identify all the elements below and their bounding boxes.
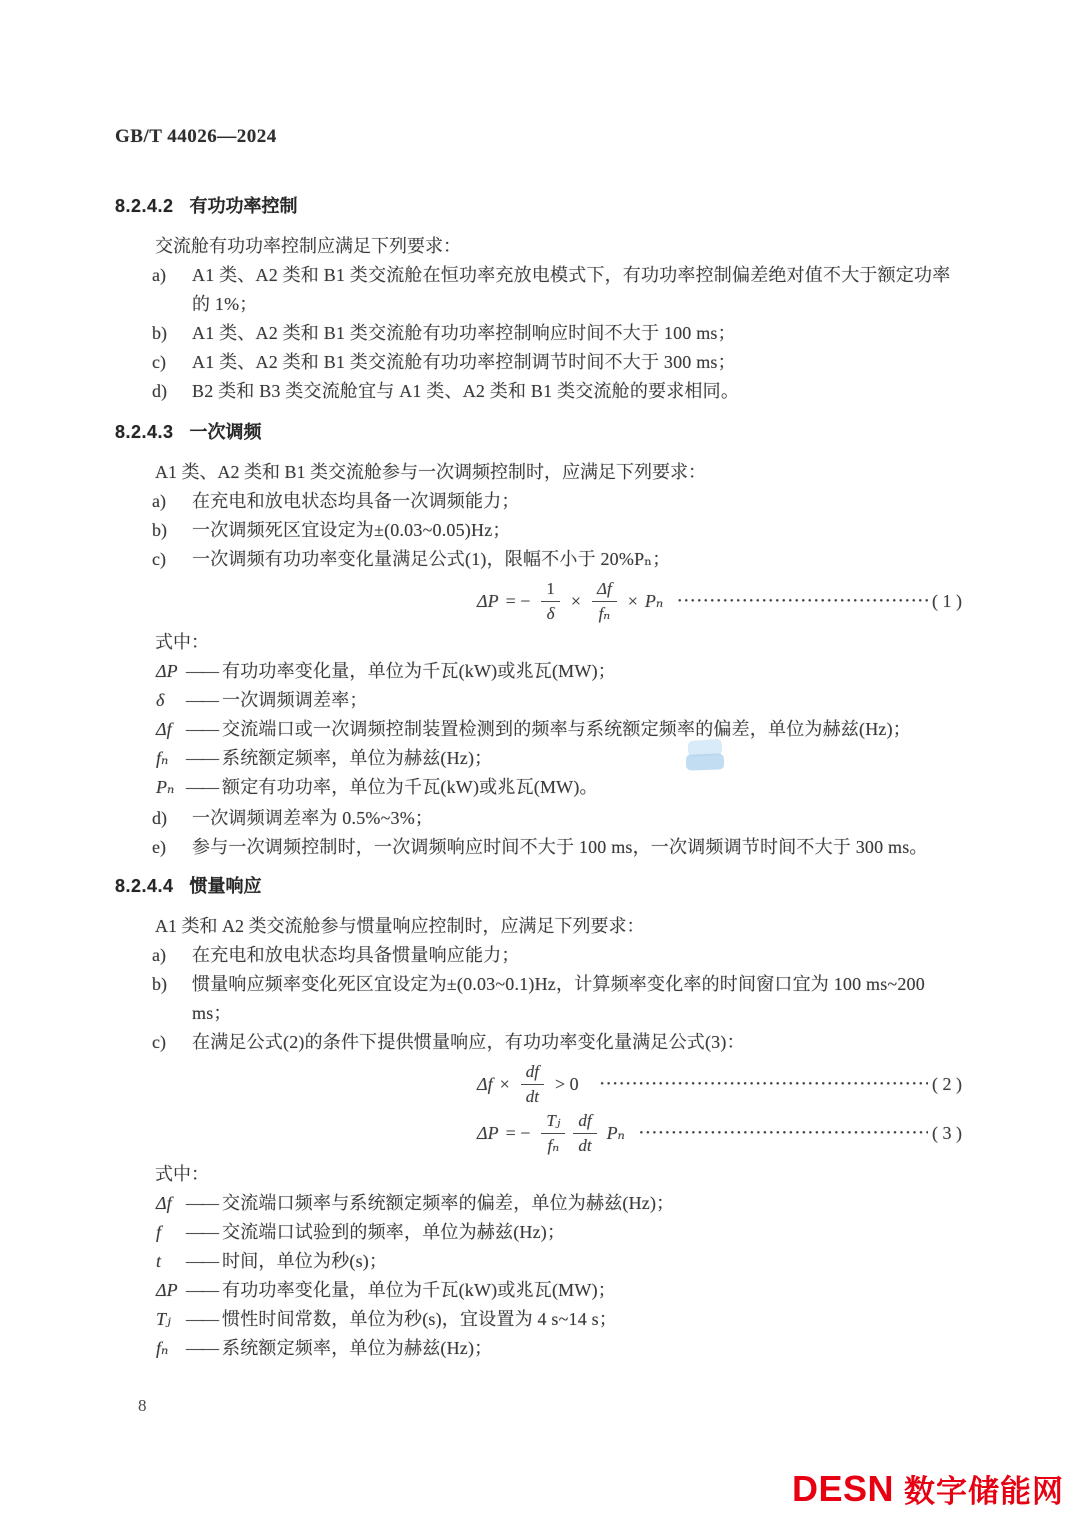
fraction-denominator: dt <box>578 1134 591 1156</box>
standard-doc-code: GB/T 44026—2024 <box>115 124 962 150</box>
list-item: c)在满足公式(2)的条件下提供惯量响应，有功功率变化量满足公式(3)： <box>115 1028 962 1057</box>
desn-logo-chinese-name: 数字储能网 <box>904 1466 1064 1511</box>
formula-tail: Pₙ <box>645 591 663 612</box>
definition-dash: —— <box>186 686 222 715</box>
formula-1: ΔP = − 1δ × Δffₙ × Pₙ ··················… <box>115 579 962 623</box>
formula-lhs: Δf <box>477 1074 493 1095</box>
formula-3: ΔP = − Tⱼfₙ dfdt Pₙ ····················… <box>115 1111 962 1155</box>
desn-logo-text: DESN <box>792 1468 894 1510</box>
definition-dash: —— <box>186 657 222 686</box>
symbol-definition: ΔP——有功功率变化量，单位为千瓦(kW)或兆瓦(MW)； <box>115 1276 962 1305</box>
item-text: 惯量响应频率变化死区宜设定为±(0.03~0.1)Hz，计算频率变化率的时间窗口… <box>192 970 962 1028</box>
section-title: 惯量响应 <box>190 876 262 896</box>
item-marker: b) <box>152 970 192 1028</box>
section-intro: 交流舱有功功率控制应满足下列要求： <box>115 232 962 261</box>
dotted-leader: ········································… <box>600 1076 928 1093</box>
definition-text: 一次调频调差率； <box>222 686 962 715</box>
definition-text: 交流端口或一次调频控制装置检测到的频率与系统额定频率的偏差，单位为赫兹(Hz)； <box>222 715 962 744</box>
symbol: ΔP <box>156 657 186 686</box>
item-text: 一次调频死区宜设定为±(0.03~0.05)Hz； <box>192 516 962 545</box>
list-item: a)在充电和放电状态均具备一次调频能力； <box>115 487 962 516</box>
section-heading-8242: 8.2.4.2有功功率控制 <box>115 192 962 220</box>
symbol-definitions: Δf——交流端口频率与系统额定频率的偏差，单位为赫兹(Hz)； f——交流端口试… <box>115 1189 962 1363</box>
times-operator: × <box>500 1074 510 1095</box>
definition-dash: —— <box>186 773 222 802</box>
formula-lhs: ΔP <box>477 591 499 612</box>
symbol: f <box>156 1218 186 1247</box>
symbol: ΔP <box>156 1276 186 1305</box>
where-label: 式中： <box>115 1160 962 1189</box>
definition-text: 系统额定频率，单位为赫兹(Hz)； <box>222 1334 962 1363</box>
item-marker: a) <box>152 261 192 319</box>
definition-dash: —— <box>186 1276 222 1305</box>
symbol: Δf <box>156 1189 186 1218</box>
list-item: a)在充电和放电状态均具备惯量响应能力； <box>115 941 962 970</box>
item-text: 在满足公式(2)的条件下提供惯量响应，有功功率变化量满足公式(3)： <box>192 1028 962 1057</box>
fraction-denominator: dt <box>526 1085 539 1107</box>
fraction-numerator: df <box>573 1111 596 1134</box>
desn-brand-logo: DESN 数字储能网 <box>792 1466 1064 1511</box>
list-item: b)A1 类、A2 类和 B1 类交流舱有功功率控制响应时间不大于 100 ms… <box>115 319 962 348</box>
fraction-denominator: fₙ <box>548 1134 560 1156</box>
fraction: Δffₙ <box>592 579 617 623</box>
greater-than-zero: > 0 <box>555 1074 579 1095</box>
list-item: c)A1 类、A2 类和 B1 类交流舱有功功率控制调节时间不大于 300 ms… <box>115 348 962 377</box>
item-text: B2 类和 B3 类交流舱宜与 A1 类、A2 类和 B1 类交流舱的要求相同。 <box>192 377 962 406</box>
equals-minus-operator: = − <box>506 1123 531 1144</box>
symbol: δ <box>156 686 186 715</box>
times-operator: × <box>571 591 581 612</box>
document-page: GB/T 44026—2024 8.2.4.2有功功率控制 交流舱有功功率控制应… <box>0 0 1080 1363</box>
item-text: 一次调频调差率为 0.5%~3%； <box>192 804 962 833</box>
fraction: 1δ <box>541 579 560 623</box>
definition-dash: —— <box>186 1305 222 1334</box>
symbol-definition: t——时间，单位为秒(s)； <box>115 1247 962 1276</box>
item-text: 参与一次调频控制时，一次调频响应时间不大于 100 ms，一次调频调节时间不大于… <box>192 833 962 862</box>
section-number: 8.2.4.4 <box>115 876 174 896</box>
item-marker: c) <box>152 545 192 574</box>
symbol-definition: δ——一次调频调差率； <box>115 686 962 715</box>
item-text: A1 类、A2 类和 B1 类交流舱有功功率控制调节时间不大于 300 ms； <box>192 348 962 377</box>
equation-number: ( 3 ) <box>932 1123 962 1144</box>
item-marker: c) <box>152 1028 192 1057</box>
symbol: fₙ <box>156 744 186 773</box>
symbol: Tⱼ <box>156 1305 186 1334</box>
symbol-definition: f——交流端口试验到的频率，单位为赫兹(Hz)； <box>115 1218 962 1247</box>
item-marker: a) <box>152 941 192 970</box>
definition-text: 额定有功功率，单位为千瓦(kW)或兆瓦(MW)。 <box>222 773 962 802</box>
item-text: A1 类、A2 类和 B1 类交流舱有功功率控制响应时间不大于 100 ms； <box>192 319 962 348</box>
item-text: 一次调频有功功率变化量满足公式(1)，限幅不小于 20%Pₙ； <box>192 545 962 574</box>
formula-2: Δf × dfdt > 0 ··························… <box>115 1062 962 1106</box>
formula-2-expression: Δf × dfdt > 0 <box>477 1062 586 1106</box>
definition-text: 时间，单位为秒(s)； <box>222 1247 962 1276</box>
requirements-list: a)在充电和放电状态均具备一次调频能力； b)一次调频死区宜设定为±(0.03~… <box>115 487 962 574</box>
formula-3-expression: ΔP = − Tⱼfₙ dfdt Pₙ <box>477 1111 625 1155</box>
item-marker: b) <box>152 319 192 348</box>
definition-text: 系统额定频率，单位为赫兹(Hz)； <box>222 744 962 773</box>
definition-dash: —— <box>186 1218 222 1247</box>
item-text: A1 类、A2 类和 B1 类交流舱在恒功率充放电模式下，有功功率控制偏差绝对值… <box>192 261 962 319</box>
section-title: 有功功率控制 <box>190 196 298 216</box>
formula-tail: Pₙ <box>607 1123 625 1144</box>
definition-text: 有功功率变化量，单位为千瓦(kW)或兆瓦(MW)； <box>222 657 962 686</box>
fraction-numerator: Tⱼ <box>541 1111 565 1134</box>
section-heading-8244: 8.2.4.4惯量响应 <box>115 872 962 900</box>
symbol-definition: Δf——交流端口或一次调频控制装置检测到的频率与系统额定频率的偏差，单位为赫兹(… <box>115 715 962 744</box>
dotted-leader: ········································… <box>677 593 928 610</box>
definition-text: 交流端口频率与系统额定频率的偏差，单位为赫兹(Hz)； <box>222 1189 962 1218</box>
symbol-definition: fₙ——系统额定频率，单位为赫兹(Hz)； <box>115 1334 962 1363</box>
item-marker: d) <box>152 804 192 833</box>
definition-text: 惯性时间常数，单位为秒(s)，宜设置为 4 s~14 s； <box>222 1305 962 1334</box>
section-title: 一次调频 <box>190 422 262 442</box>
fraction: Tⱼfₙ <box>541 1111 565 1155</box>
formula-lhs: ΔP <box>477 1123 499 1144</box>
requirements-list: a)A1 类、A2 类和 B1 类交流舱在恒功率充放电模式下，有功功率控制偏差绝… <box>115 261 962 406</box>
item-marker: e) <box>152 833 192 862</box>
requirements-list: d)一次调频调差率为 0.5%~3%； e)参与一次调频控制时，一次调频响应时间… <box>115 804 962 862</box>
symbol: t <box>156 1247 186 1276</box>
symbol: Δf <box>156 715 186 744</box>
equation-number: ( 1 ) <box>932 591 962 612</box>
definition-dash: —— <box>186 744 222 773</box>
dotted-leader: ········································… <box>639 1125 928 1142</box>
list-item: d)一次调频调差率为 0.5%~3%； <box>115 804 962 833</box>
symbol-definition: ΔP——有功功率变化量，单位为千瓦(kW)或兆瓦(MW)； <box>115 657 962 686</box>
fraction-numerator: Δf <box>592 579 617 602</box>
fraction-denominator: δ <box>547 602 555 624</box>
item-marker: a) <box>152 487 192 516</box>
symbol: Pₙ <box>156 773 186 802</box>
item-text: 在充电和放电状态均具备惯量响应能力； <box>192 941 962 970</box>
list-item: d)B2 类和 B3 类交流舱宜与 A1 类、A2 类和 B1 类交流舱的要求相… <box>115 377 962 406</box>
where-label: 式中： <box>115 628 962 657</box>
fraction: dfdt <box>521 1062 544 1106</box>
equals-minus-operator: = − <box>506 591 531 612</box>
item-marker: b) <box>152 516 192 545</box>
list-item: a)A1 类、A2 类和 B1 类交流舱在恒功率充放电模式下，有功功率控制偏差绝… <box>115 261 962 319</box>
fraction-numerator: 1 <box>541 579 560 602</box>
section-number: 8.2.4.2 <box>115 196 174 216</box>
section-intro: A1 类和 A2 类交流舱参与惯量响应控制时，应满足下列要求： <box>115 912 962 941</box>
definition-text: 交流端口试验到的频率，单位为赫兹(Hz)； <box>222 1218 962 1247</box>
list-item: b)惯量响应频率变化死区宜设定为±(0.03~0.1)Hz，计算频率变化率的时间… <box>115 970 962 1028</box>
definition-dash: —— <box>186 1334 222 1363</box>
section-number: 8.2.4.3 <box>115 422 174 442</box>
symbol-definition: fₙ——系统额定频率，单位为赫兹(Hz)； <box>115 744 962 773</box>
times-operator: × <box>628 591 638 612</box>
list-item: c)一次调频有功功率变化量满足公式(1)，限幅不小于 20%Pₙ； <box>115 545 962 574</box>
list-item: b)一次调频死区宜设定为±(0.03~0.05)Hz； <box>115 516 962 545</box>
symbol-definition: Δf——交流端口频率与系统额定频率的偏差，单位为赫兹(Hz)； <box>115 1189 962 1218</box>
symbol-definition: Tⱼ——惯性时间常数，单位为秒(s)，宜设置为 4 s~14 s； <box>115 1305 962 1334</box>
equation-number: ( 2 ) <box>932 1074 962 1095</box>
definition-dash: —— <box>186 715 222 744</box>
section-heading-8243: 8.2.4.3一次调频 <box>115 418 962 446</box>
item-marker: d) <box>152 377 192 406</box>
formula-1-expression: ΔP = − 1δ × Δffₙ × Pₙ <box>477 579 663 623</box>
requirements-list: a)在充电和放电状态均具备惯量响应能力； b)惯量响应频率变化死区宜设定为±(0… <box>115 941 962 1057</box>
list-item: e)参与一次调频控制时，一次调频响应时间不大于 100 ms，一次调频调节时间不… <box>115 833 962 862</box>
fraction-numerator: df <box>521 1062 544 1085</box>
item-text: 在充电和放电状态均具备一次调频能力； <box>192 487 962 516</box>
fraction-denominator: fₙ <box>599 602 611 624</box>
definition-dash: —— <box>186 1247 222 1276</box>
symbol-definitions: ΔP——有功功率变化量，单位为千瓦(kW)或兆瓦(MW)； δ——一次调频调差率… <box>115 657 962 802</box>
symbol-definition: Pₙ——额定有功功率，单位为千瓦(kW)或兆瓦(MW)。 <box>115 773 962 802</box>
definition-text: 有功功率变化量，单位为千瓦(kW)或兆瓦(MW)； <box>222 1276 962 1305</box>
page-number: 8 <box>138 1396 147 1416</box>
symbol: fₙ <box>156 1334 186 1363</box>
item-marker: c) <box>152 348 192 377</box>
fraction: dfdt <box>573 1111 596 1155</box>
definition-dash: —— <box>186 1189 222 1218</box>
section-intro: A1 类、A2 类和 B1 类交流舱参与一次调频控制时，应满足下列要求： <box>115 458 962 487</box>
